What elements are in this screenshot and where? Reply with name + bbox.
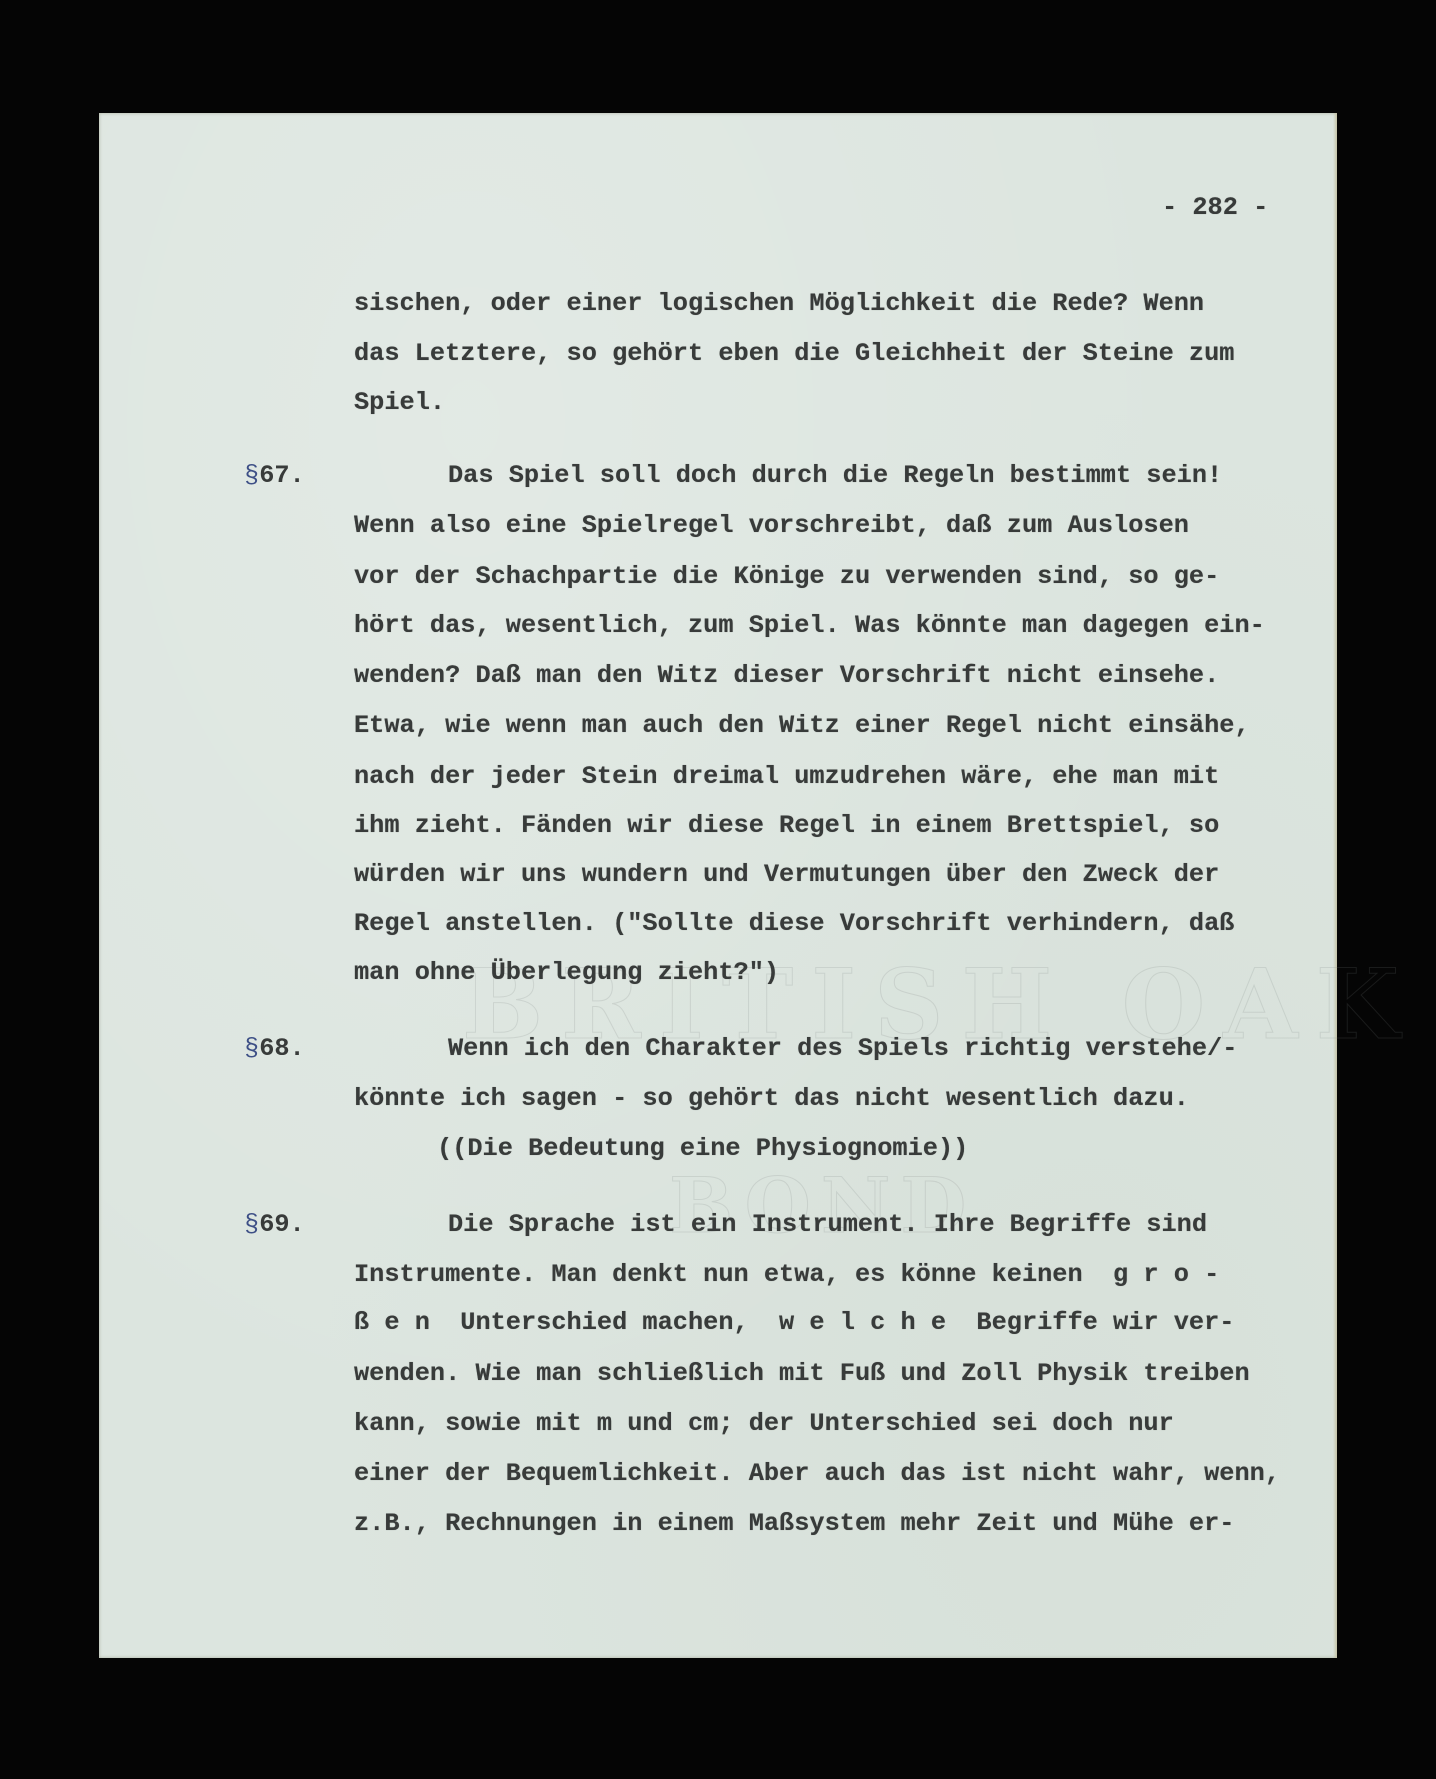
text-line: sischen, oder einer logischen Möglichkei… [354, 289, 1204, 319]
section-marker-69: §69. [244, 1210, 305, 1240]
text-line: Die Sprache ist ein Instrument. Ihre Beg… [448, 1210, 1207, 1240]
text-line: wenden? Daß man den Witz dieser Vorschri… [354, 661, 1219, 691]
section-number: 69. [259, 1210, 305, 1239]
text-line: kann, sowie mit m und cm; der Unterschie… [354, 1409, 1174, 1439]
text-line: einer der Bequemlichkeit. Aber auch das … [354, 1459, 1280, 1489]
paper-edge [1333, 113, 1337, 1658]
text-line: Instrumente. Man denkt nun etwa, es könn… [354, 1260, 1219, 1290]
text-line: Das Spiel soll doch durch die Regeln bes… [448, 461, 1222, 491]
section-marker-67: §67. [244, 461, 305, 491]
section-sign-icon: § [244, 1210, 259, 1239]
text-line: man ohne Überlegung zieht?") [354, 958, 779, 988]
text-line: ((Die Bedeutung eine Physiognomie)) [437, 1134, 968, 1164]
text-line: würden wir uns wundern und Vermutungen ü… [354, 860, 1219, 890]
text-line: z.B., Rechnungen in einem Maßsystem mehr… [354, 1509, 1234, 1539]
text-line: das Letztere, so gehört eben die Gleichh… [354, 339, 1234, 369]
text-line: Wenn also eine Spielregel vorschreibt, d… [354, 511, 1189, 541]
text-line: nach der jeder Stein dreimal umzudrehen … [354, 762, 1219, 792]
text-line: Spiel. [354, 388, 445, 418]
text-line: Wenn ich den Charakter des Spiels richti… [448, 1034, 1237, 1064]
text-line: wenden. Wie man schließlich mit Fuß und … [354, 1359, 1250, 1389]
typescript-page: BRITISH OAK BOND - 282 - sischen, oder e… [99, 113, 1337, 1658]
text-line: vor der Schachpartie die Könige zu verwe… [354, 562, 1219, 592]
section-sign-icon: § [244, 1034, 259, 1063]
section-marker-68: §68. [244, 1034, 305, 1064]
page-number: - 282 - [1162, 193, 1268, 223]
text-line: könnte ich sagen - so gehört das nicht w… [354, 1084, 1189, 1114]
section-sign-icon: § [244, 461, 259, 490]
text-line: ihm zieht. Fänden wir diese Regel in ein… [354, 811, 1219, 841]
section-number: 67. [259, 461, 305, 490]
text-line: Etwa, wie wenn man auch den Witz einer R… [354, 711, 1250, 741]
text-line: ß e n Unterschied machen, w e l c h e Be… [354, 1308, 1234, 1338]
section-number: 68. [259, 1034, 305, 1063]
text-line: hört das, wesentlich, zum Spiel. Was kön… [354, 611, 1265, 641]
text-line: Regel anstellen. ("Sollte diese Vorschri… [354, 909, 1234, 939]
